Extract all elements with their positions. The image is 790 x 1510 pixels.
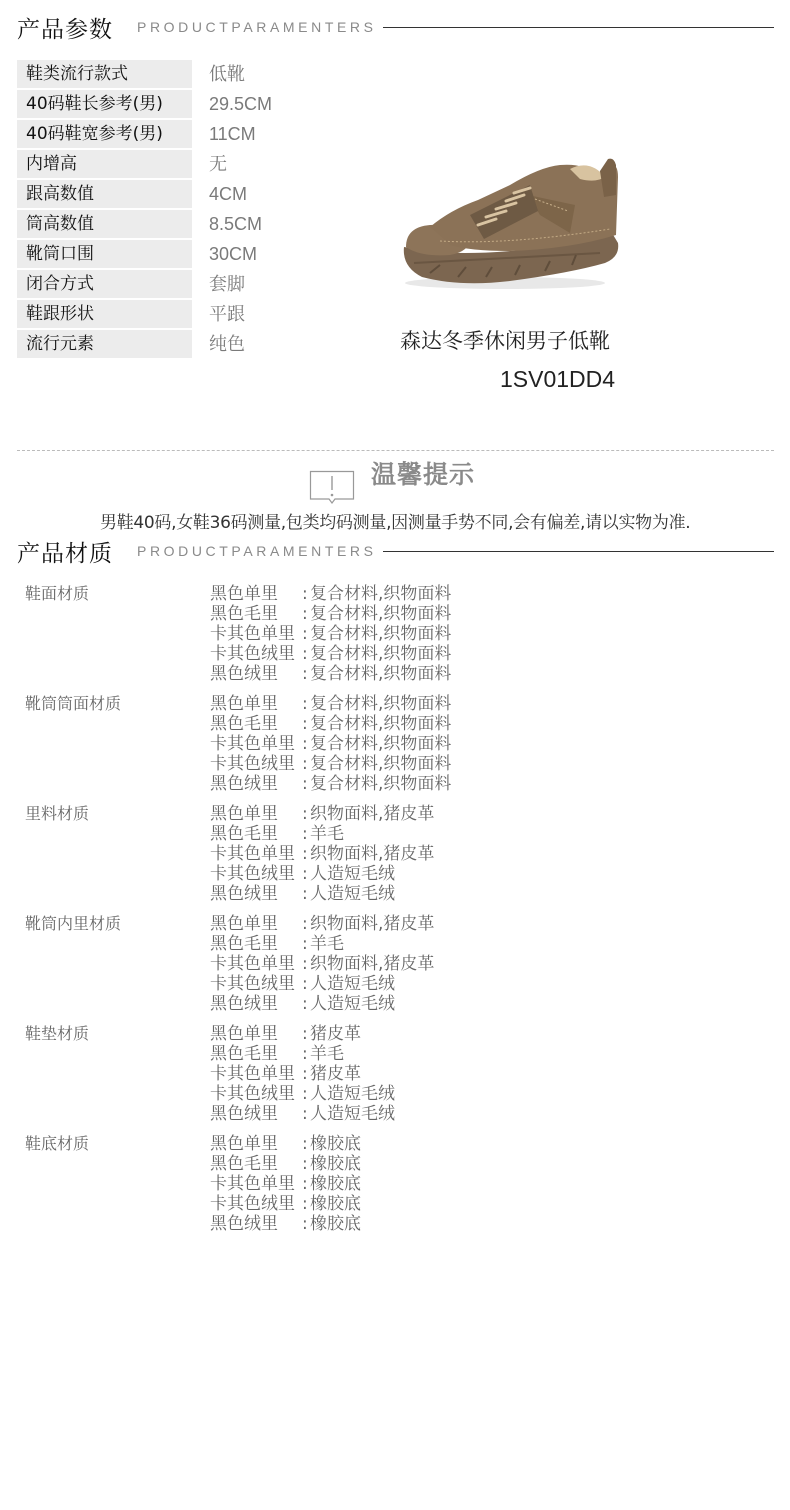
material-color: 卡其色绒里 — [210, 754, 302, 774]
materials-list: 鞋面材质 黑色单里:复合材料,织物面料 黑色毛里:复合材料,织物面料 卡其色单里… — [25, 584, 525, 1244]
param-key: 筒高数值 — [17, 210, 192, 238]
material-color: 黑色单里 — [210, 694, 302, 714]
material-line: 卡其色单里:织物面料,猪皮革 — [210, 844, 434, 864]
material-line: 黑色毛里:羊毛 — [210, 824, 434, 844]
material-color: 黑色单里 — [210, 804, 302, 824]
material-value: 羊毛 — [310, 934, 344, 954]
material-value: 复合材料,织物面料 — [310, 624, 451, 644]
material-value: 橡胶底 — [310, 1214, 361, 1234]
param-value: 29.5CM — [209, 90, 272, 118]
material-color: 黑色单里 — [210, 1134, 302, 1154]
param-key: 鞋类流行款式 — [17, 60, 192, 88]
section-rule — [383, 551, 774, 552]
colon: : — [302, 1154, 310, 1174]
section-rule — [383, 27, 774, 28]
material-color: 黑色绒里 — [210, 994, 302, 1014]
material-value: 复合材料,织物面料 — [310, 664, 451, 684]
material-color: 卡其色绒里 — [210, 1194, 302, 1214]
section-title: 产品材质 — [17, 535, 113, 568]
material-name: 鞋底材质 — [25, 1134, 210, 1234]
colon: : — [302, 884, 310, 904]
colon: : — [302, 1104, 310, 1124]
material-line: 卡其色绒里:橡胶底 — [210, 1194, 361, 1214]
product-code: 1SV01DD4 — [500, 366, 615, 393]
colon: : — [302, 914, 310, 934]
material-value: 织物面料,猪皮革 — [310, 844, 434, 864]
material-value: 人造短毛绒 — [310, 1104, 395, 1124]
param-row: 40码鞋长参考(男)29.5CM — [17, 90, 357, 118]
param-key: 40码鞋长参考(男) — [17, 90, 192, 118]
colon: : — [302, 864, 310, 884]
colon: : — [302, 604, 310, 624]
param-row: 鞋跟形状平跟 — [17, 300, 357, 328]
material-line: 黑色绒里:橡胶底 — [210, 1214, 361, 1234]
param-key: 流行元素 — [17, 330, 192, 358]
material-color: 黑色毛里 — [210, 1154, 302, 1174]
material-group: 鞋垫材质 黑色单里:猪皮革 黑色毛里:羊毛 卡其色单里:猪皮革 卡其色绒里:人造… — [25, 1024, 525, 1124]
colon: : — [302, 1174, 310, 1194]
material-line: 黑色单里:织物面料,猪皮革 — [210, 804, 434, 824]
material-value: 织物面料,猪皮革 — [310, 804, 434, 824]
material-line: 黑色单里:复合材料,织物面料 — [210, 694, 451, 714]
material-color: 黑色绒里 — [210, 1214, 302, 1234]
colon: : — [302, 664, 310, 684]
material-value: 橡胶底 — [310, 1194, 361, 1214]
material-line: 黑色毛里:羊毛 — [210, 1044, 395, 1064]
material-value: 织物面料,猪皮革 — [310, 954, 434, 974]
material-line: 卡其色单里:复合材料,织物面料 — [210, 624, 451, 644]
material-value: 橡胶底 — [310, 1174, 361, 1194]
param-row: 鞋类流行款式低靴 — [17, 60, 357, 88]
material-line: 黑色单里:猪皮革 — [210, 1024, 395, 1044]
section-header-params: 产品参数 PRODUCTPARAMENTERS — [17, 12, 774, 42]
param-key: 鞋跟形状 — [17, 300, 192, 328]
param-row: 闭合方式套脚 — [17, 270, 357, 298]
material-line: 卡其色绒里:人造短毛绒 — [210, 864, 434, 884]
material-line: 黑色单里:织物面料,猪皮革 — [210, 914, 434, 934]
material-value: 复合材料,织物面料 — [310, 734, 451, 754]
material-line: 卡其色单里:橡胶底 — [210, 1174, 361, 1194]
colon: : — [302, 694, 310, 714]
material-color: 卡其色单里 — [210, 844, 302, 864]
param-row: 40码鞋宽参考(男)11CM — [17, 120, 357, 148]
tip-title: 温馨提示 — [371, 455, 475, 491]
colon: : — [302, 1134, 310, 1154]
param-row: 流行元素纯色 — [17, 330, 357, 358]
material-group: 鞋面材质 黑色单里:复合材料,织物面料 黑色毛里:复合材料,织物面料 卡其色单里… — [25, 584, 525, 684]
param-value: 低靴 — [209, 60, 245, 88]
material-value: 人造短毛绒 — [310, 1084, 395, 1104]
material-color: 黑色毛里 — [210, 1044, 302, 1064]
material-color: 卡其色绒里 — [210, 864, 302, 884]
material-color: 黑色毛里 — [210, 934, 302, 954]
param-key: 40码鞋宽参考(男) — [17, 120, 192, 148]
colon: : — [302, 774, 310, 794]
colon: : — [302, 644, 310, 664]
material-line: 黑色绒里:人造短毛绒 — [210, 994, 434, 1014]
material-line: 黑色绒里:人造短毛绒 — [210, 884, 434, 904]
material-line: 黑色毛里:复合材料,织物面料 — [210, 604, 451, 624]
material-group: 靴筒筒面材质 黑色单里:复合材料,织物面料 黑色毛里:复合材料,织物面料 卡其色… — [25, 694, 525, 794]
material-line: 黑色单里:橡胶底 — [210, 1134, 361, 1154]
material-color: 卡其色绒里 — [210, 1084, 302, 1104]
colon: : — [302, 1084, 310, 1104]
material-value: 复合材料,织物面料 — [310, 644, 451, 664]
material-value: 橡胶底 — [310, 1134, 361, 1154]
colon: : — [302, 824, 310, 844]
section-subtitle: PRODUCTPARAMENTERS — [137, 543, 377, 559]
material-value: 复合材料,织物面料 — [310, 714, 451, 734]
material-color: 卡其色单里 — [210, 734, 302, 754]
material-color: 卡其色单里 — [210, 954, 302, 974]
material-line: 黑色毛里:橡胶底 — [210, 1154, 361, 1174]
material-line: 黑色毛里:羊毛 — [210, 934, 434, 954]
param-value: 8.5CM — [209, 210, 262, 238]
material-line: 黑色毛里:复合材料,织物面料 — [210, 714, 451, 734]
material-value: 猪皮革 — [310, 1024, 361, 1044]
colon: : — [302, 934, 310, 954]
material-value: 复合材料,织物面料 — [310, 774, 451, 794]
material-color: 黑色单里 — [210, 584, 302, 604]
material-color: 黑色毛里 — [210, 824, 302, 844]
colon: : — [302, 734, 310, 754]
colon: : — [302, 1044, 310, 1064]
colon: : — [302, 974, 310, 994]
material-value: 复合材料,织物面料 — [310, 604, 451, 624]
param-row: 筒高数值8.5CM — [17, 210, 357, 238]
param-value: 30CM — [209, 240, 257, 268]
material-line: 黑色绒里:人造短毛绒 — [210, 1104, 395, 1124]
param-key: 跟高数值 — [17, 180, 192, 208]
param-row: 内增高无 — [17, 150, 357, 178]
material-color: 卡其色绒里 — [210, 974, 302, 994]
material-line: 黑色绒里:复合材料,织物面料 — [210, 664, 451, 684]
material-color: 黑色绒里 — [210, 774, 302, 794]
material-line: 卡其色单里:复合材料,织物面料 — [210, 734, 451, 754]
colon: : — [302, 1064, 310, 1084]
material-group: 鞋底材质 黑色单里:橡胶底 黑色毛里:橡胶底 卡其色单里:橡胶底 卡其色绒里:橡… — [25, 1134, 525, 1234]
param-row: 靴筒口围30CM — [17, 240, 357, 268]
section-title: 产品参数 — [17, 11, 113, 44]
material-color: 卡其色单里 — [210, 1064, 302, 1084]
section-subtitle: PRODUCTPARAMENTERS — [137, 19, 377, 35]
colon: : — [302, 1214, 310, 1234]
material-name: 里料材质 — [25, 804, 210, 904]
colon: : — [302, 714, 310, 734]
material-value: 复合材料,织物面料 — [310, 694, 451, 714]
material-line: 卡其色绒里:复合材料,织物面料 — [210, 644, 451, 664]
material-color: 黑色绒里 — [210, 1104, 302, 1124]
colon: : — [302, 994, 310, 1014]
param-value: 4CM — [209, 180, 247, 208]
material-line: 卡其色单里:织物面料,猪皮革 — [210, 954, 434, 974]
colon: : — [302, 1024, 310, 1044]
shoe-image-icon — [400, 155, 622, 290]
material-name: 靴筒内里材质 — [25, 914, 210, 1014]
material-color: 卡其色单里 — [210, 1174, 302, 1194]
colon: : — [302, 844, 310, 864]
material-color: 黑色单里 — [210, 1024, 302, 1044]
material-value: 羊毛 — [310, 824, 344, 844]
product-name: 森达冬季休闲男子低靴 — [400, 325, 610, 355]
colon: : — [302, 954, 310, 974]
colon: : — [302, 624, 310, 644]
param-value: 纯色 — [209, 330, 245, 358]
dashed-divider — [17, 450, 774, 451]
param-value: 套脚 — [209, 270, 245, 298]
material-value: 复合材料,织物面料 — [310, 584, 451, 604]
material-group: 靴筒内里材质 黑色单里:织物面料,猪皮革 黑色毛里:羊毛 卡其色单里:织物面料,… — [25, 914, 525, 1014]
material-line: 卡其色单里:猪皮革 — [210, 1064, 395, 1084]
material-value: 人造短毛绒 — [310, 864, 395, 884]
material-line: 卡其色绒里:人造短毛绒 — [210, 974, 434, 994]
param-value: 11CM — [209, 120, 256, 148]
material-value: 羊毛 — [310, 1044, 344, 1064]
param-value: 无 — [209, 150, 227, 178]
colon: : — [302, 584, 310, 604]
material-value: 猪皮革 — [310, 1064, 361, 1084]
material-value: 橡胶底 — [310, 1154, 361, 1174]
material-color: 黑色绒里 — [210, 664, 302, 684]
params-table: 鞋类流行款式低靴 40码鞋长参考(男)29.5CM 40码鞋宽参考(男)11CM… — [17, 60, 357, 360]
material-value: 人造短毛绒 — [310, 974, 395, 994]
param-key: 内增高 — [17, 150, 192, 178]
material-name: 鞋面材质 — [25, 584, 210, 684]
section-header-materials: 产品材质 PRODUCTPARAMENTERS — [17, 536, 774, 566]
tip-text: 男鞋40码,女鞋36码测量,包类均码测量,因测量手势不同,会有偏差,请以实物为准… — [100, 508, 690, 533]
material-color: 黑色毛里 — [210, 604, 302, 624]
exclamation-speech-bubble-icon — [309, 470, 355, 504]
material-name: 靴筒筒面材质 — [25, 694, 210, 794]
colon: : — [302, 754, 310, 774]
colon: : — [302, 1194, 310, 1214]
material-value: 人造短毛绒 — [310, 884, 395, 904]
material-line: 黑色单里:复合材料,织物面料 — [210, 584, 451, 604]
param-value: 平跟 — [209, 300, 245, 328]
material-line: 卡其色绒里:人造短毛绒 — [210, 1084, 395, 1104]
material-color: 卡其色单里 — [210, 624, 302, 644]
param-row: 跟高数值4CM — [17, 180, 357, 208]
material-color: 卡其色绒里 — [210, 644, 302, 664]
material-line: 黑色绒里:复合材料,织物面料 — [210, 774, 451, 794]
param-key: 闭合方式 — [17, 270, 192, 298]
param-key: 靴筒口围 — [17, 240, 192, 268]
colon: : — [302, 804, 310, 824]
material-value: 人造短毛绒 — [310, 994, 395, 1014]
material-color: 黑色毛里 — [210, 714, 302, 734]
material-name: 鞋垫材质 — [25, 1024, 210, 1124]
material-color: 黑色绒里 — [210, 884, 302, 904]
material-line: 卡其色绒里:复合材料,织物面料 — [210, 754, 451, 774]
material-color: 黑色单里 — [210, 914, 302, 934]
material-value: 复合材料,织物面料 — [310, 754, 451, 774]
material-group: 里料材质 黑色单里:织物面料,猪皮革 黑色毛里:羊毛 卡其色单里:织物面料,猪皮… — [25, 804, 525, 904]
material-value: 织物面料,猪皮革 — [310, 914, 434, 934]
